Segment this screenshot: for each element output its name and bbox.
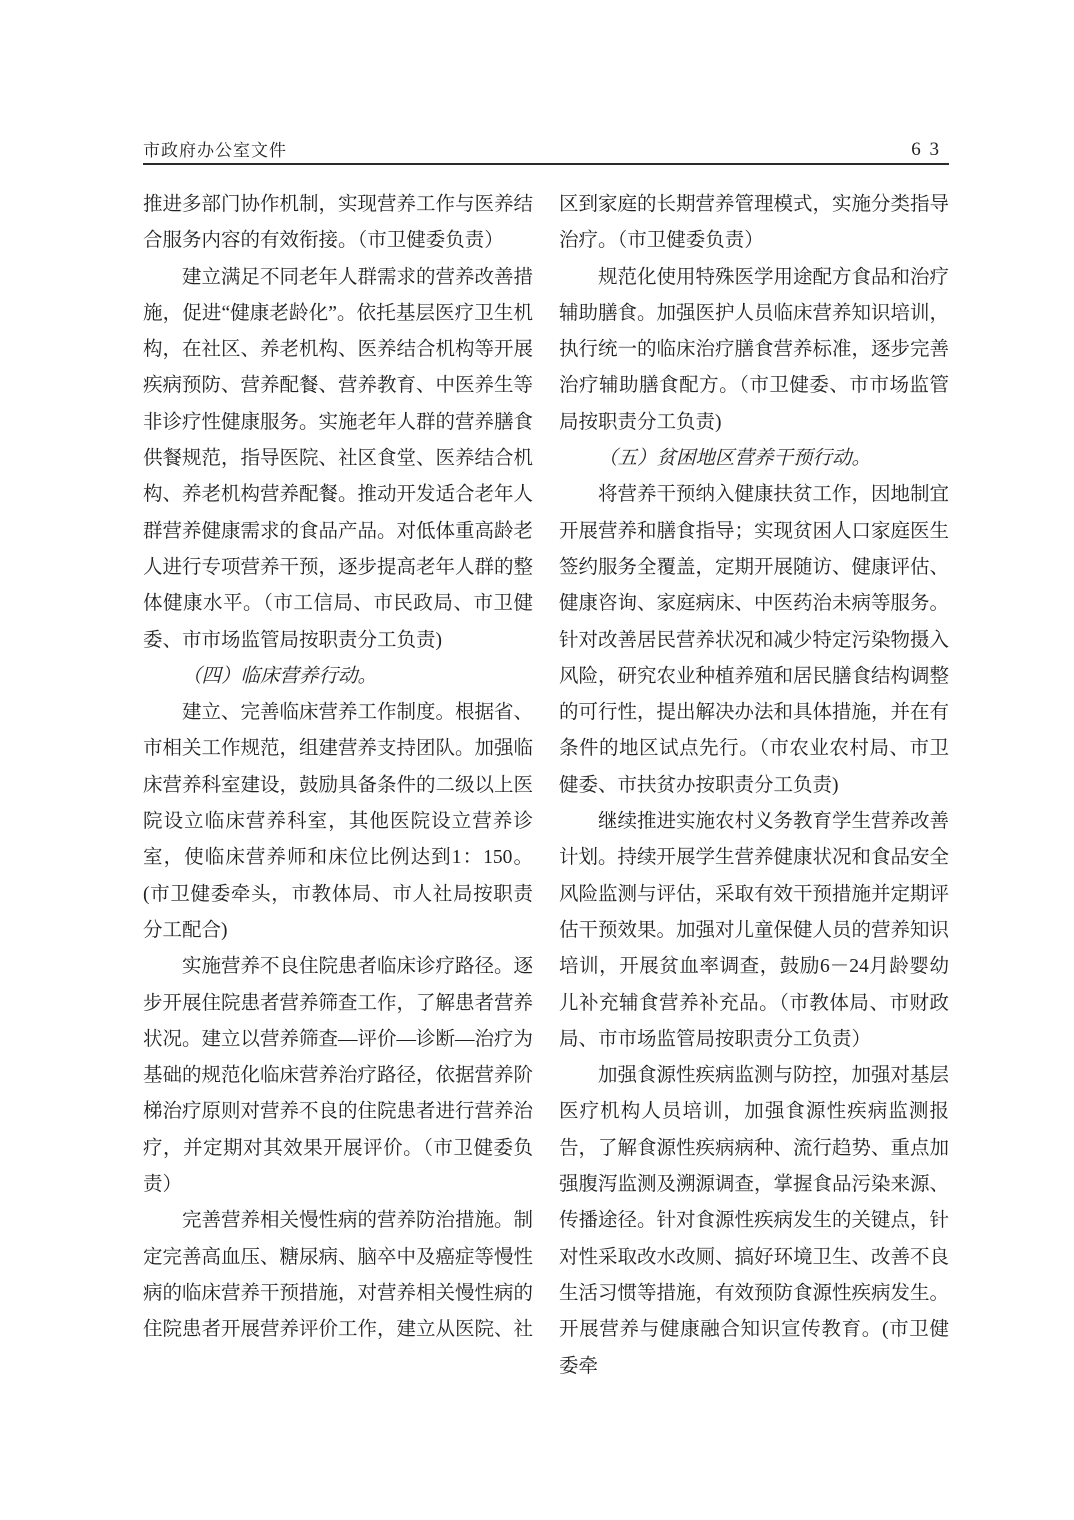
body-paragraph: 推进多部门协作机制，实现营养工作与医养结合服务内容的有效衔接。（市卫健委负责） (143, 187, 533, 260)
left-column: 推进多部门协作机制，实现营养工作与医养结合服务内容的有效衔接。（市卫健委负责）建… (143, 187, 533, 1385)
body-paragraph: 实施营养不良住院患者临床诊疗路径。逐步开展住院患者营养筛查工作，了解患者营养状况… (143, 949, 533, 1203)
section-heading: （五）贫困地区营养干预行动。 (559, 441, 949, 477)
body-paragraph: 将营养干预纳入健康扶贫工作，因地制宜开展营养和膳食指导；实现贫困人口家庭医生签约… (559, 477, 949, 804)
body-paragraph: 继续推进实施农村义务教育学生营养改善计划。持续开展学生营养健康状况和食品安全风险… (559, 804, 949, 1058)
two-column-body: 推进多部门协作机制，实现营养工作与医养结合服务内容的有效衔接。（市卫健委负责）建… (143, 187, 949, 1385)
body-paragraph: 建立、完善临床营养工作制度。根据省、市相关工作规范，组建营养支持团队。加强临床营… (143, 695, 533, 949)
section-heading: （四）临床营养行动。 (143, 659, 533, 695)
page-header: 市政府办公室文件 6 3 (143, 140, 949, 165)
document-header-title: 市政府办公室文件 (143, 142, 287, 159)
body-paragraph: 规范化使用特殊医学用途配方食品和治疗辅助膳食。加强医护人员临床营养知识培训，执行… (559, 260, 949, 441)
document-page: 市政府办公室文件 6 3 推进多部门协作机制，实现营养工作与医养结合服务内容的有… (0, 0, 1074, 1520)
body-paragraph: 建立满足不同老年人群需求的营养改善措施，促进“健康老龄化”。依托基层医疗卫生机构… (143, 260, 533, 659)
body-paragraph: 区到家庭的长期营养管理模式，实施分类指导治疗。（市卫健委负责） (559, 187, 949, 260)
right-column: 区到家庭的长期营养管理模式，实施分类指导治疗。（市卫健委负责）规范化使用特殊医学… (559, 187, 949, 1385)
page-number: 6 3 (911, 140, 949, 159)
body-paragraph: 加强食源性疾病监测与防控，加强对基层医疗机构人员培训，加强食源性疾病监测报告，了… (559, 1058, 949, 1385)
body-paragraph: 完善营养相关慢性病的营养防治措施。制定完善高血压、糖尿病、脑卒中及癌症等慢性病的… (143, 1203, 533, 1348)
